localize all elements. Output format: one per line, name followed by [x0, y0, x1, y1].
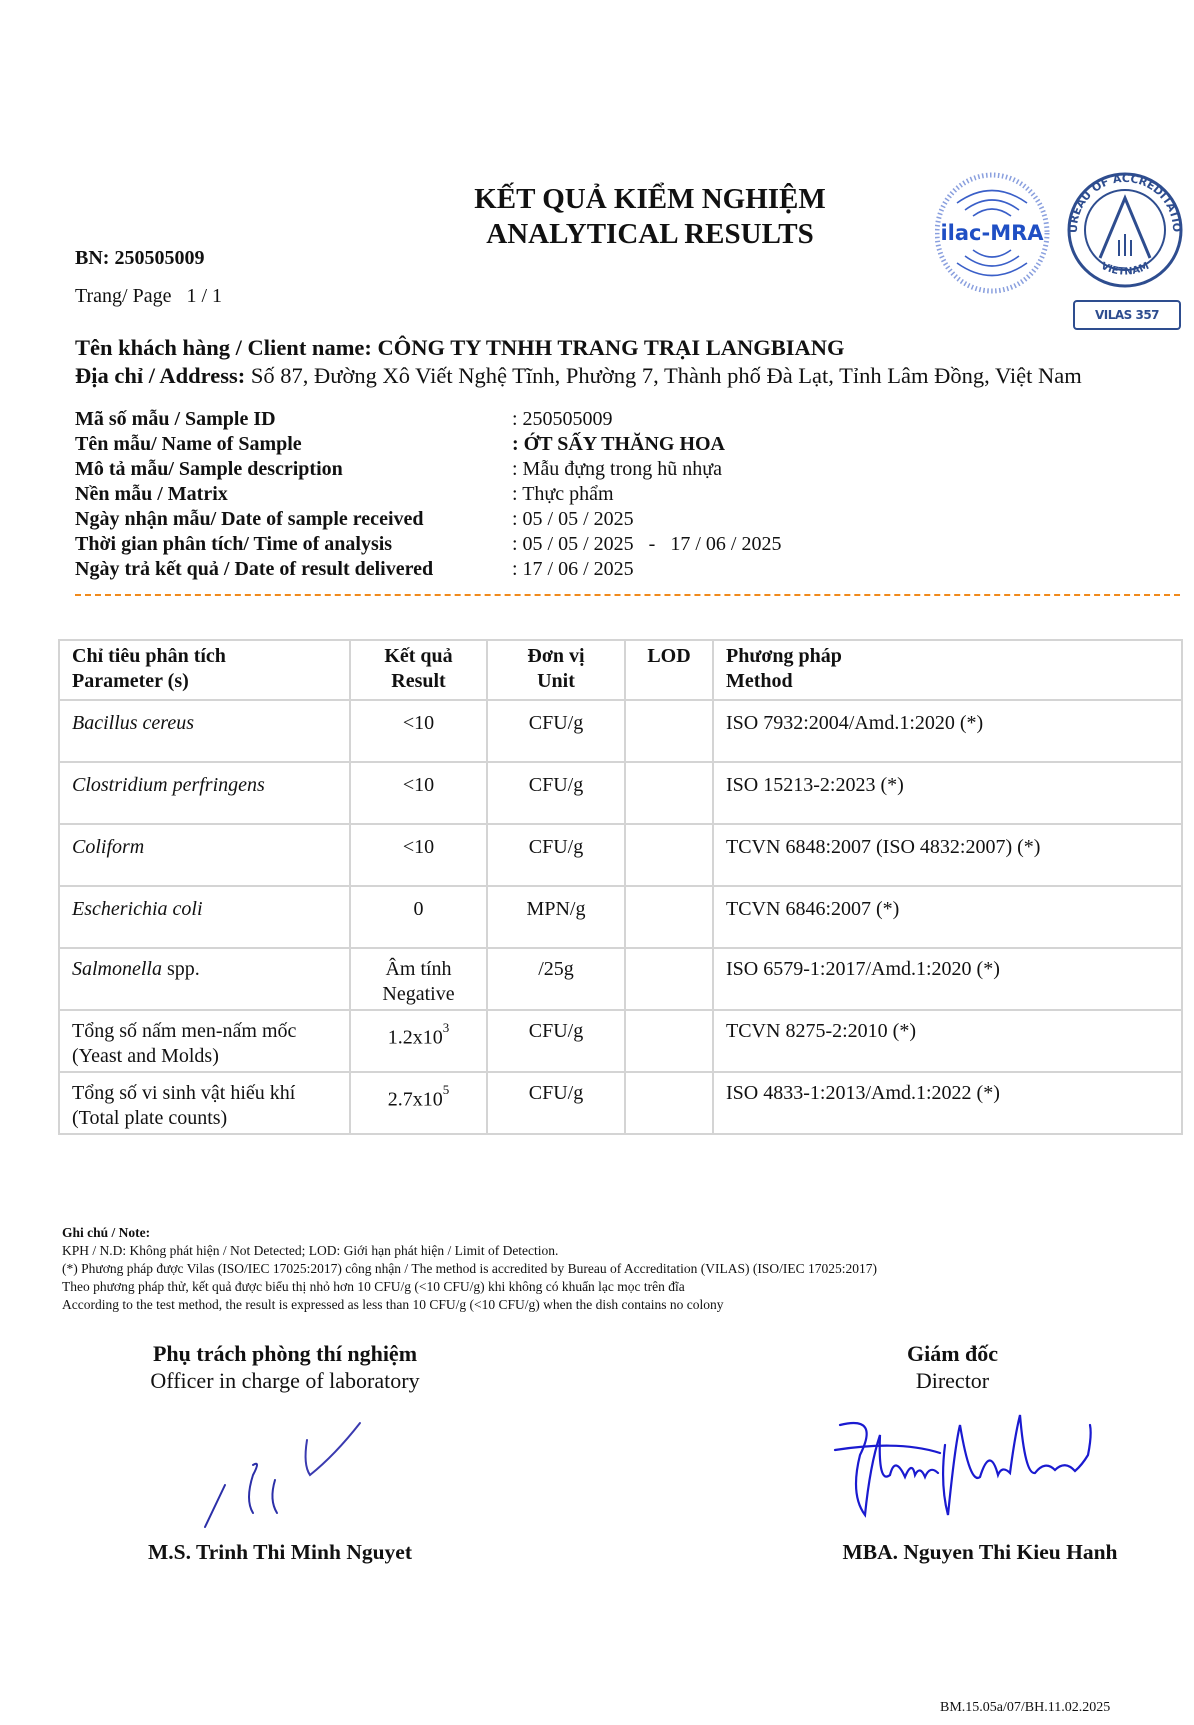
- cell-unit: CFU/g: [487, 1072, 625, 1134]
- svg-text:ilac-MRA: ilac-MRA: [940, 221, 1044, 245]
- cell-lod: [625, 700, 713, 762]
- note-line: (*) Phương pháp được Vilas (ISO/IEC 1702…: [62, 1260, 877, 1278]
- role-vn: Giám đốc: [835, 1340, 1070, 1367]
- analysis-time-row: Thời gian phân tích/ Time of analysis : …: [75, 532, 781, 557]
- address-label: Địa chỉ / Address:: [75, 363, 245, 388]
- cell-result: 1.2x103: [350, 1010, 487, 1072]
- director-signature-icon: [820, 1405, 1110, 1530]
- cell-lod: [625, 824, 713, 886]
- cell-method: TCVN 6846:2007 (*): [713, 886, 1182, 948]
- matrix-row: Nền mẫu / Matrix : Thực phẩm: [75, 482, 781, 507]
- ilac-mra-logo-icon: ilac-MRA BUREAU OF ACCREDITATION VIETNAM: [935, 168, 1185, 298]
- header-method: Phương phápMethod: [713, 640, 1182, 700]
- client-name-value: CÔNG TY TNHH TRANG TRẠI LANGBIANG: [378, 335, 845, 360]
- info-label: Tên mẫu/ Name of Sample: [75, 432, 512, 457]
- cell-parameter: Clostridium perfringens: [59, 762, 350, 824]
- header-unit: Đơn vịUnit: [487, 640, 625, 700]
- cell-lod: [625, 1010, 713, 1072]
- cell-unit: /25g: [487, 948, 625, 1010]
- cell-result: Âm tínhNegative: [350, 948, 487, 1010]
- cell-parameter: Coliform: [59, 824, 350, 886]
- page-label: Trang/ Page: [75, 285, 171, 307]
- cell-parameter: Bacillus cereus: [59, 700, 350, 762]
- cell-method: ISO 15213-2:2023 (*): [713, 762, 1182, 824]
- cell-unit: CFU/g: [487, 1010, 625, 1072]
- document-title: KẾT QUẢ KIỂM NGHIỆM ANALYTICAL RESULTS: [400, 182, 900, 252]
- lab-officer-signature-icon: [195, 1405, 395, 1530]
- director-signature-block: Giám đốc Director: [835, 1340, 1070, 1394]
- form-code: BM.15.05a/07/BH.11.02.2025: [940, 1700, 1110, 1716]
- header-result: Kết quảResult: [350, 640, 487, 700]
- address-value: Số 87, Đường Xô Viết Nghệ Tĩnh, Phường 7…: [251, 363, 1082, 388]
- batch-number: BN: 250505009: [75, 247, 204, 270]
- table-header-row: Chỉ tiêu phân tíchParameter (s) Kết quảR…: [59, 640, 1182, 700]
- lab-officer-signature-block: Phụ trách phòng thí nghiệm Officer in ch…: [120, 1340, 450, 1394]
- info-value: : Mẫu đựng trong hũ nhựa: [512, 457, 722, 482]
- note-line: Theo phương pháp thử, kết quả được biểu …: [62, 1278, 877, 1296]
- cell-parameter: Tổng số nấm men-nấm mốc(Yeast and Molds): [59, 1010, 350, 1072]
- cell-parameter: Escherichia coli: [59, 886, 350, 948]
- title-en: ANALYTICAL RESULTS: [400, 217, 900, 252]
- info-label: Mô tả mẫu/ Sample description: [75, 457, 512, 482]
- cell-unit: CFU/g: [487, 824, 625, 886]
- info-value: : 17 / 06 / 2025: [512, 557, 634, 582]
- info-label: Thời gian phân tích/ Time of analysis: [75, 532, 512, 557]
- info-label: Ngày nhận mẫu/ Date of sample received: [75, 507, 512, 532]
- client-name-label: Tên khách hàng / Client name:: [75, 335, 372, 360]
- table-row: Escherichia coli 0 MPN/g TCVN 6846:2007 …: [59, 886, 1182, 948]
- cell-parameter: Tổng số vi sinh vật hiếu khí(Total plate…: [59, 1072, 350, 1134]
- table-row: Bacillus cereus <10 CFU/g ISO 7932:2004/…: [59, 700, 1182, 762]
- role-en: Director: [835, 1367, 1070, 1394]
- cell-method: ISO 4833-1:2013/Amd.1:2022 (*): [713, 1072, 1182, 1134]
- info-value: : 250505009: [512, 407, 613, 432]
- role-en: Officer in charge of laboratory: [120, 1367, 450, 1394]
- header-parameter: Chỉ tiêu phân tíchParameter (s): [59, 640, 350, 700]
- role-vn: Phụ trách phòng thí nghiệm: [120, 1340, 450, 1367]
- header-lod: LOD: [625, 640, 713, 700]
- cell-lod: [625, 1072, 713, 1134]
- svg-text:VIETNAM: VIETNAM: [1099, 261, 1151, 278]
- cell-method: ISO 6579-1:2017/Amd.1:2020 (*): [713, 948, 1182, 1010]
- notes-section: Ghi chú / Note: KPH / N.D: Không phát hi…: [62, 1224, 877, 1314]
- cell-method: ISO 7932:2004/Amd.1:2020 (*): [713, 700, 1182, 762]
- vilas-badge: VILAS 357: [1073, 300, 1181, 330]
- cell-unit: CFU/g: [487, 762, 625, 824]
- info-label: Mã số mẫu / Sample ID: [75, 407, 512, 432]
- page-value: 1 / 1: [186, 285, 222, 307]
- cell-method: TCVN 6848:2007 (ISO 4832:2007) (*): [713, 824, 1182, 886]
- table-row: Coliform <10 CFU/g TCVN 6848:2007 (ISO 4…: [59, 824, 1182, 886]
- info-label: Nền mẫu / Matrix: [75, 482, 512, 507]
- cell-result: <10: [350, 824, 487, 886]
- cell-lod: [625, 948, 713, 1010]
- cell-result: <10: [350, 762, 487, 824]
- notes-title: Ghi chú / Note:: [62, 1224, 877, 1242]
- table-row: Tổng số vi sinh vật hiếu khí(Total plate…: [59, 1072, 1182, 1134]
- client-address: Địa chỉ / Address: Số 87, Đường Xô Viết …: [75, 363, 1082, 389]
- date-received-row: Ngày nhận mẫu/ Date of sample received :…: [75, 507, 781, 532]
- lab-officer-name: M.S. Trinh Thi Minh Nguyet: [80, 1540, 480, 1565]
- info-label: Ngày trả kết quả / Date of result delive…: [75, 557, 512, 582]
- date-delivered-row: Ngày trả kết quả / Date of result delive…: [75, 557, 781, 582]
- director-name: MBA. Nguyen Thi Kieu Hanh: [780, 1540, 1180, 1565]
- info-value: : Thực phẩm: [512, 482, 614, 507]
- cell-lod: [625, 886, 713, 948]
- cell-unit: MPN/g: [487, 886, 625, 948]
- cell-result: 2.7x105: [350, 1072, 487, 1134]
- client-name: Tên khách hàng / Client name: CÔNG TY TN…: [75, 335, 845, 361]
- cell-lod: [625, 762, 713, 824]
- info-value: : 05 / 05 / 2025: [512, 507, 634, 532]
- sample-info: Mã số mẫu / Sample ID : 250505009 Tên mẫ…: [75, 407, 781, 582]
- title-vn: KẾT QUẢ KIỂM NGHIỆM: [400, 182, 900, 217]
- sample-name-row: Tên mẫu/ Name of Sample : ỚT SẤY THĂNG H…: [75, 432, 781, 457]
- table-row: Clostridium perfringens <10 CFU/g ISO 15…: [59, 762, 1182, 824]
- info-value: : 05 / 05 / 2025 - 17 / 06 / 2025: [512, 532, 781, 557]
- section-divider: [75, 594, 1180, 596]
- sample-description-row: Mô tả mẫu/ Sample description : Mẫu đựng…: [75, 457, 781, 482]
- table-row: Tổng số nấm men-nấm mốc(Yeast and Molds)…: [59, 1010, 1182, 1072]
- page-number: Trang/ Page 1 / 1: [75, 285, 222, 308]
- note-line: According to the test method, the result…: [62, 1296, 877, 1314]
- cell-unit: CFU/g: [487, 700, 625, 762]
- results-table: Chỉ tiêu phân tíchParameter (s) Kết quảR…: [58, 639, 1183, 1135]
- cell-parameter: Salmonella spp.: [59, 948, 350, 1010]
- info-value: : ỚT SẤY THĂNG HOA: [512, 432, 725, 457]
- sample-id-row: Mã số mẫu / Sample ID : 250505009: [75, 407, 781, 432]
- cell-result: 0: [350, 886, 487, 948]
- cell-method: TCVN 8275-2:2010 (*): [713, 1010, 1182, 1072]
- note-line: KPH / N.D: Không phát hiện / Not Detecte…: [62, 1242, 877, 1260]
- cell-result: <10: [350, 700, 487, 762]
- table-row: Salmonella spp. Âm tínhNegative /25g ISO…: [59, 948, 1182, 1010]
